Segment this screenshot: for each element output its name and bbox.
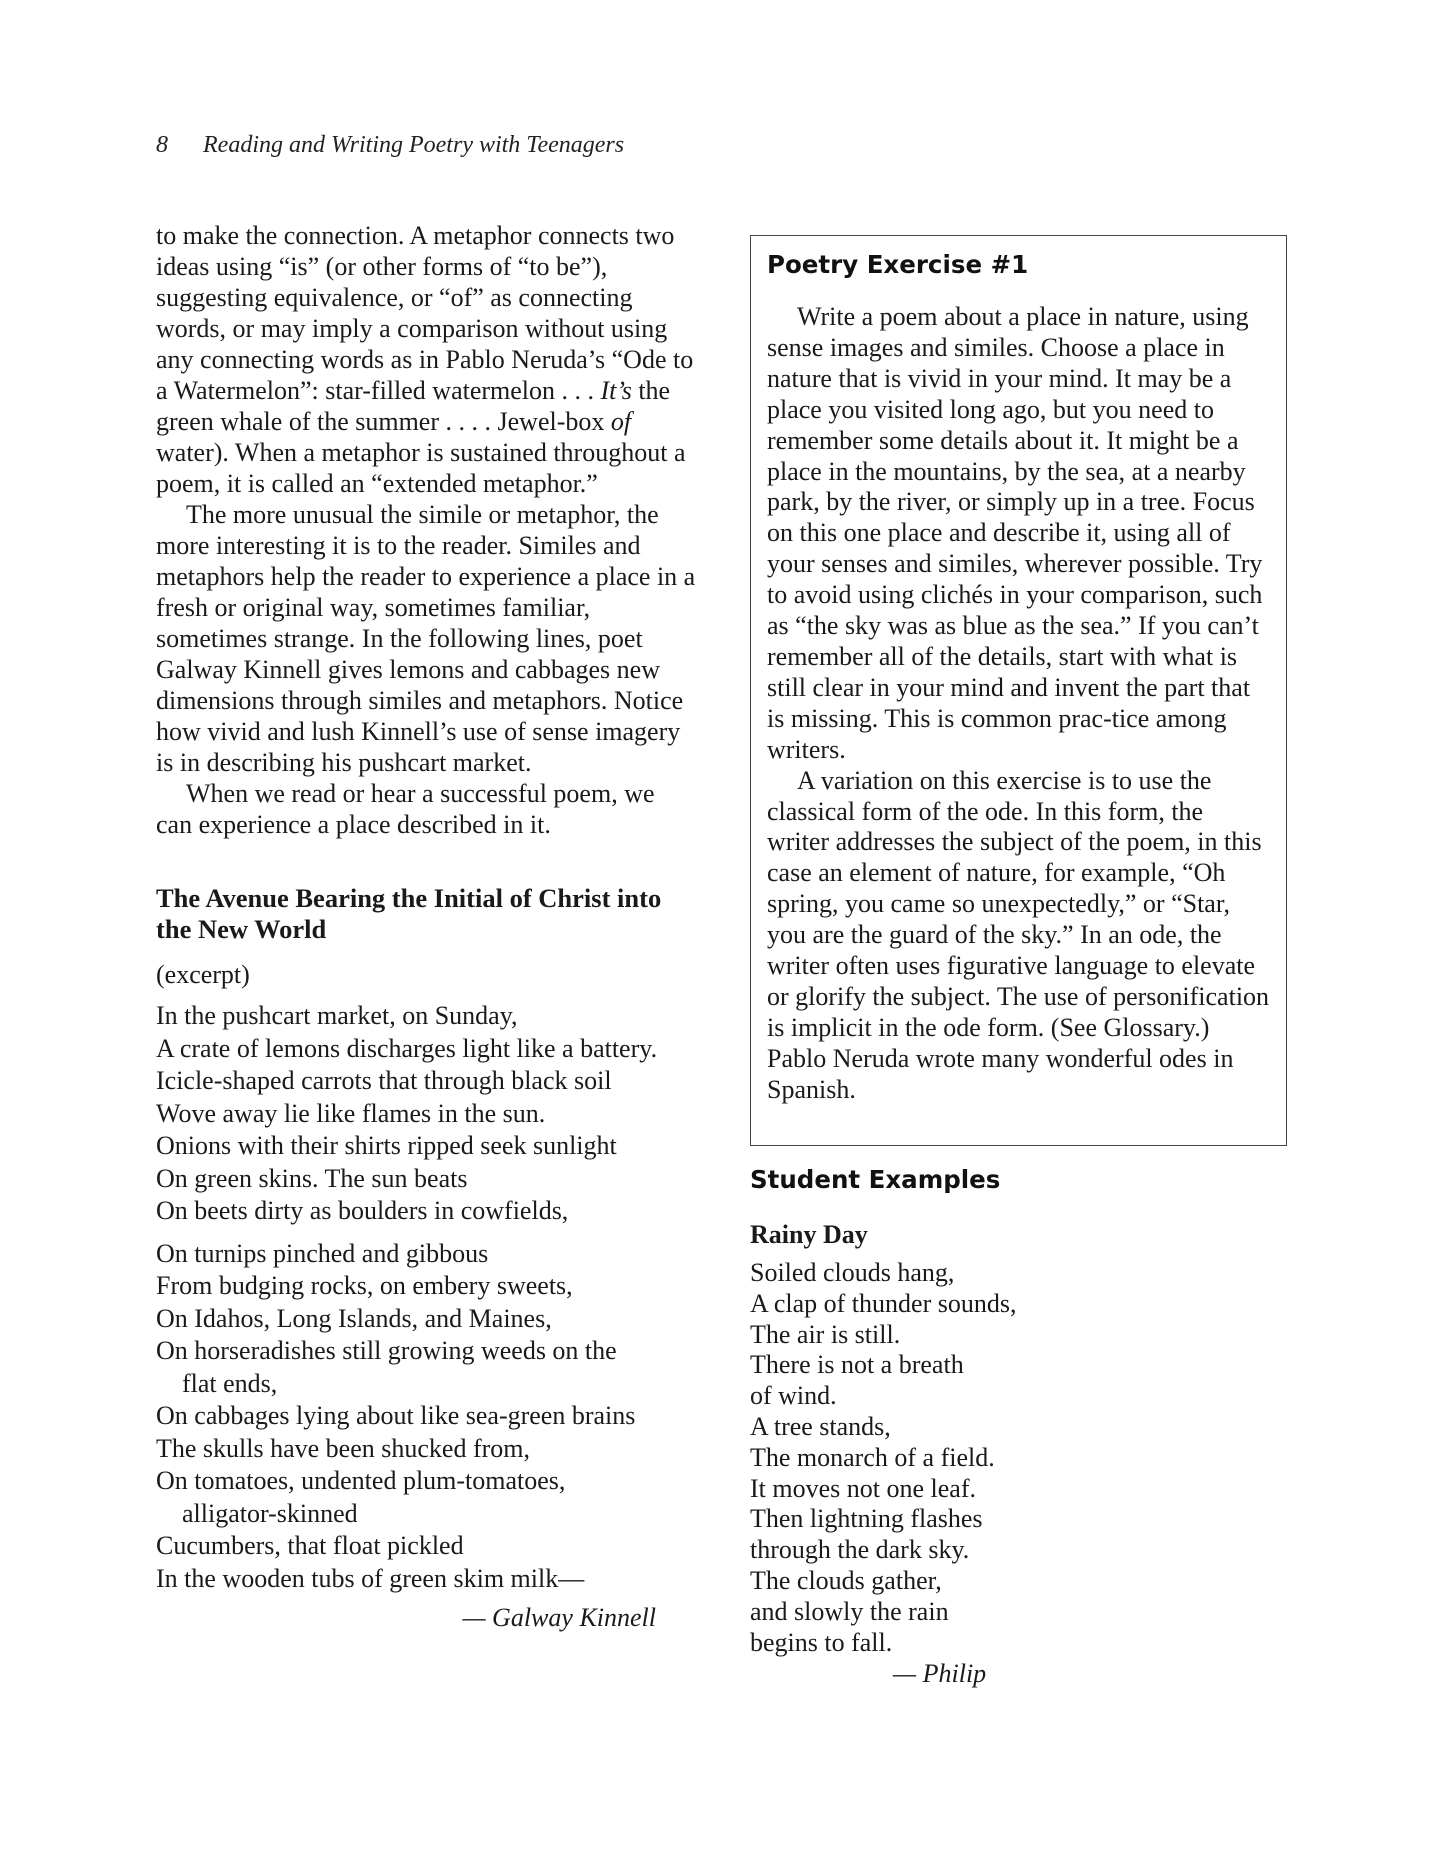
paragraph-unusual-simile: The more unusual the simile or metaphor,… <box>156 499 696 778</box>
poem-line: begins to fall. <box>750 1628 1290 1659</box>
poem-line: There is not a breath <box>750 1350 1290 1381</box>
poem-line: On tomatoes, undented plum-tomatoes, <box>156 1465 696 1498</box>
paragraph-metaphor: to make the connection. A metaphor conne… <box>156 220 696 499</box>
exercise-box: Poetry Exercise #1 Write a poem about a … <box>750 235 1287 1146</box>
poem-line: On cabbages lying about like sea-green b… <box>156 1400 696 1433</box>
poem-line: On turnips pinched and gibbous <box>156 1238 696 1271</box>
paragraph-successful-poem: When we read or hear a successful poem, … <box>156 778 696 840</box>
page-number: 8 <box>156 132 203 159</box>
stanza-gap <box>156 1228 696 1238</box>
poem-line: Cucumbers, that float pickled <box>156 1530 696 1563</box>
exercise-paragraph: A variation on this exercise is to use t… <box>767 766 1270 1106</box>
poem-line-continuation: flat ends, <box>156 1368 696 1401</box>
poem-line: The air is still. <box>750 1320 1290 1351</box>
poem-line: From budging rocks, on embery sweets, <box>156 1270 696 1303</box>
exercise-text: Write a poem about a place in nature, us… <box>767 302 1270 1106</box>
poem-title: The Avenue Bearing the Initial of Christ… <box>156 883 696 945</box>
poem-line: and slowly the rain <box>750 1597 1290 1628</box>
student-poem-attribution: — Philip <box>893 1658 1290 1689</box>
poem-attribution: — Galway Kinnell <box>156 1603 656 1633</box>
book-title: Reading and Writing Poetry with Teenager… <box>203 132 624 158</box>
poem-line: On beets dirty as boulders in cowfields, <box>156 1195 696 1228</box>
left-column: to make the connection. A metaphor conne… <box>156 220 696 1633</box>
poem-line: The skulls have been shucked from, <box>156 1433 696 1466</box>
poem-subtitle: (excerpt) <box>156 959 696 990</box>
poem-line: through the dark sky. <box>750 1535 1290 1566</box>
running-head: 8Reading and Writing Poetry with Teenage… <box>156 132 624 159</box>
poem-line: It moves not one leaf. <box>750 1474 1290 1505</box>
poem-line: Wove away lie like flames in the sun. <box>156 1098 696 1131</box>
poem-line-continuation: alligator-skinned <box>156 1498 696 1531</box>
intro-text: to make the connection. A metaphor conne… <box>156 220 696 840</box>
poem-line: On green skins. The sun beats <box>156 1163 696 1196</box>
student-poem-title: Rainy Day <box>750 1219 1290 1250</box>
student-poem: Soiled clouds hang, A clap of thunder so… <box>750 1258 1290 1658</box>
poem-line: A clap of thunder sounds, <box>750 1289 1290 1320</box>
poem-line: On Idahos, Long Islands, and Maines, <box>156 1303 696 1336</box>
exercise-paragraph: Write a poem about a place in nature, us… <box>767 302 1270 766</box>
student-examples: Student Examples Rainy Day Soiled clouds… <box>750 1165 1290 1689</box>
poem-line: The monarch of a field. <box>750 1443 1290 1474</box>
poem-line: Then lightning flashes <box>750 1504 1290 1535</box>
poem-line: On horseradishes still growing weeds on … <box>156 1335 696 1368</box>
poem-line: A tree stands, <box>750 1412 1290 1443</box>
kinnell-poem: In the pushcart market, on Sunday, A cra… <box>156 1000 696 1595</box>
poem-line: Soiled clouds hang, <box>750 1258 1290 1289</box>
poem-line: In the wooden tubs of green skim milk— <box>156 1563 696 1596</box>
poem-line: A crate of lemons discharges light like … <box>156 1033 696 1066</box>
exercise-title: Poetry Exercise #1 <box>767 250 1270 280</box>
poem-line: Icicle-shaped carrots that through black… <box>156 1065 696 1098</box>
student-examples-heading: Student Examples <box>750 1165 1290 1195</box>
poem-line: of wind. <box>750 1381 1290 1412</box>
poem-line: In the pushcart market, on Sunday, <box>156 1000 696 1033</box>
poem-line: Onions with their shirts ripped seek sun… <box>156 1130 696 1163</box>
poem-line: The clouds gather, <box>750 1566 1290 1597</box>
